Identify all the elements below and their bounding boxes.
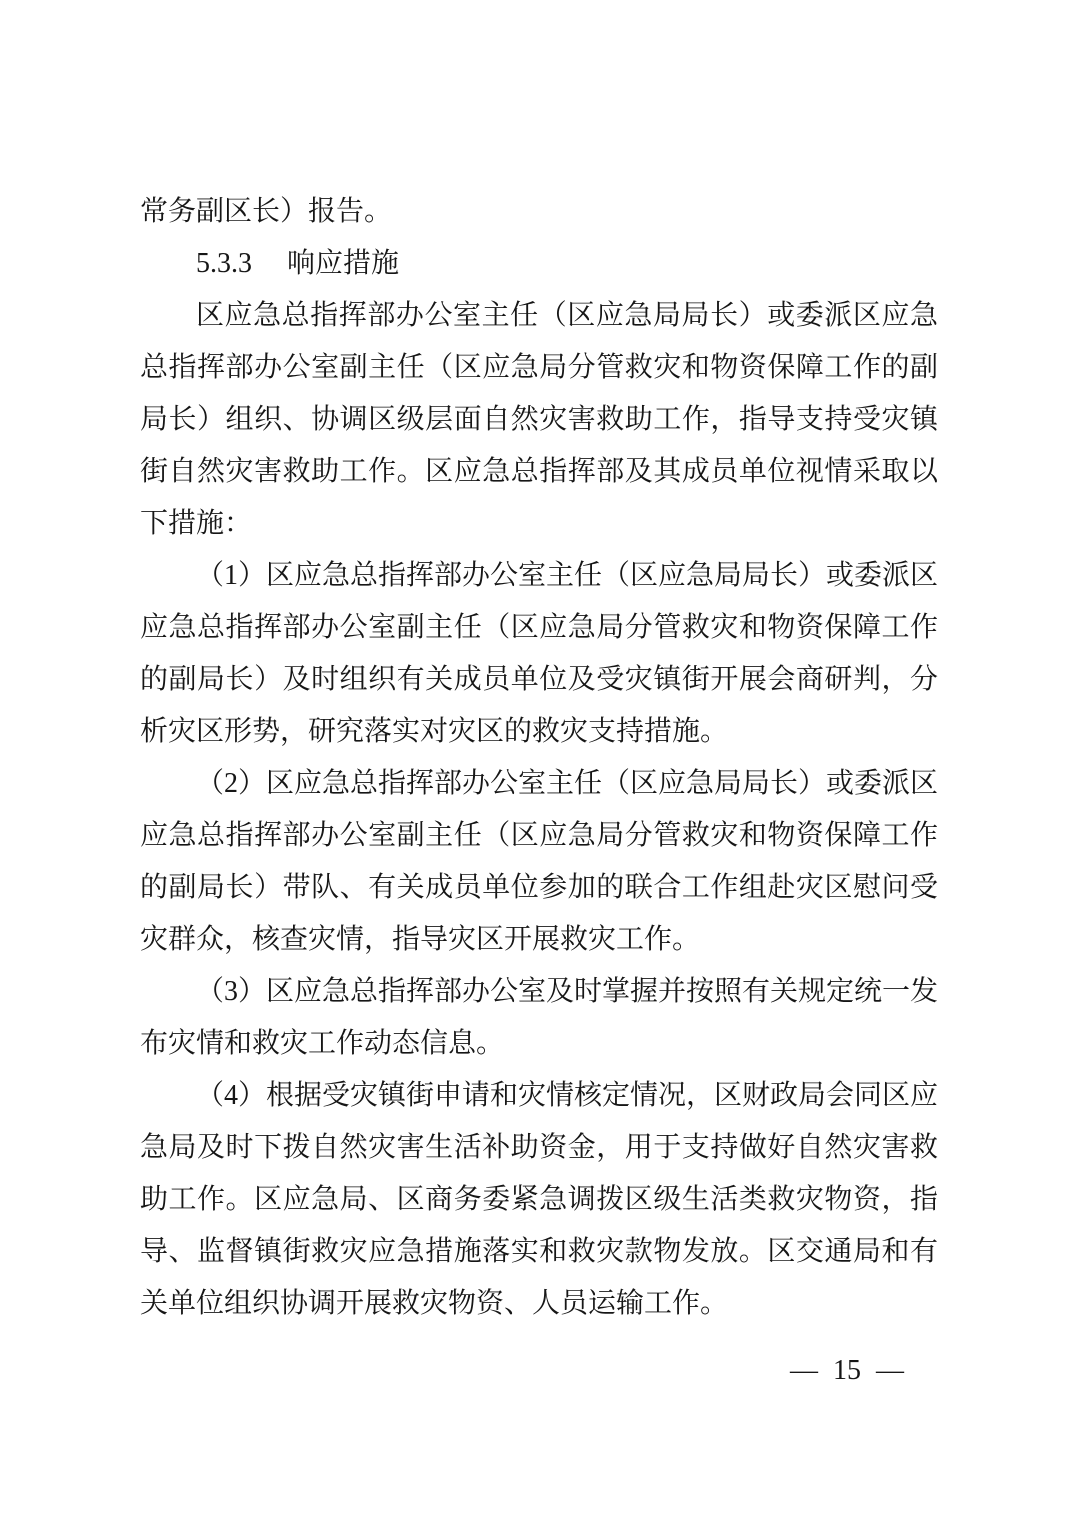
paragraph-continuation: 常务副区长）报告。: [140, 186, 938, 238]
document-page: 常务副区长）报告。 5.3.3 响应措施 区应急总指挥部办公室主任（区应急局局长…: [0, 0, 1074, 1520]
paragraph: （1）区应急总指挥部办公室主任（区应急局局长）或委派区应急总指挥部办公室副主任（…: [140, 550, 938, 758]
paragraph: （3）区应急总指挥部办公室及时掌握并按照有关规定统一发布灾情和救灾工作动态信息。: [140, 966, 938, 1070]
page-number: — 15 —: [790, 1354, 904, 1388]
section-heading: 5.3.3 响应措施: [140, 238, 938, 290]
paragraph: 区应急总指挥部办公室主任（区应急局局长）或委派区应急总指挥部办公室副主任（区应急…: [140, 290, 938, 550]
page-body: 常务副区长）报告。 5.3.3 响应措施 区应急总指挥部办公室主任（区应急局局长…: [140, 186, 938, 1330]
paragraph: （4）根据受灾镇街申请和灾情核定情况，区财政局会同区应急局及时下拨自然灾害生活补…: [140, 1070, 938, 1330]
paragraph: （2）区应急总指挥部办公室主任（区应急局局长）或委派区应急总指挥部办公室副主任（…: [140, 758, 938, 966]
